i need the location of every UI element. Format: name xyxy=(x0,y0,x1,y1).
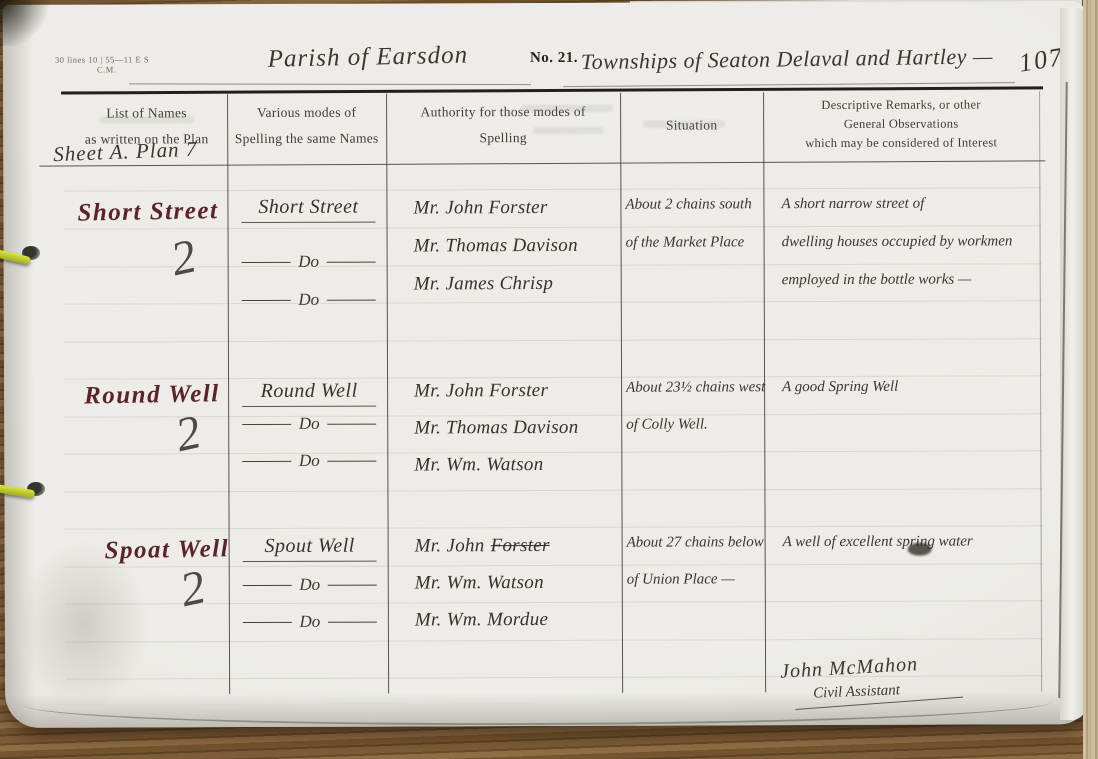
heading-line: as written on the Plan xyxy=(66,126,227,153)
ledger-ruling-line xyxy=(65,600,1043,604)
ditto-row: Do xyxy=(242,252,376,272)
entry-flourish-mark: 2 xyxy=(166,228,201,287)
plate-note-line1: 30 lines 10 | 55—11 E S xyxy=(55,54,149,64)
column-heading-names: List of Names as written on the Plan xyxy=(66,100,227,153)
townships-handwriting: Townships of Seaton Delaval and Hartley … xyxy=(581,43,1021,75)
ditto-text: Do xyxy=(291,451,328,471)
ditto-text: Do xyxy=(291,612,328,632)
plan-name-handwriting: Round Well xyxy=(84,380,220,410)
printer-plate-note: 30 lines 10 | 55—11 E S C.M. xyxy=(55,54,149,74)
ditto-dash xyxy=(243,621,292,622)
page-number-handwriting: 107 xyxy=(1017,42,1066,79)
photographed-register-page: 30 lines 10 | 55—11 E S C.M. Parish of E… xyxy=(0,0,1098,759)
authority-handwriting-struck: Mr. JohnForster xyxy=(415,535,625,558)
entry-flourish-mark: 2 xyxy=(175,559,210,618)
column-heading-spelling-modes: Various modes of Spelling the same Names xyxy=(227,100,386,153)
authority-handwriting: Mr. John Forster xyxy=(414,380,624,403)
ledger-ruling-line xyxy=(64,300,1042,304)
ditto-text: Do xyxy=(291,575,328,595)
bleed-through-mark xyxy=(99,116,195,123)
table-top-rule xyxy=(61,86,1043,94)
ledger-ruling-line xyxy=(64,225,1042,229)
remarks-handwriting: A short narrow street of xyxy=(781,195,1043,213)
spelling-handwriting: Round Well xyxy=(242,380,376,407)
authority-handwriting: Mr. Wm. Watson xyxy=(414,454,624,477)
ditto-dash xyxy=(327,261,376,262)
heading-line: which may be considered of Interest xyxy=(763,133,1039,153)
ditto-dash xyxy=(243,584,292,585)
bleed-through-mark xyxy=(533,127,603,134)
authority-prefix: Mr. John xyxy=(415,535,485,556)
spelling-handwriting: Spout Well xyxy=(243,535,377,562)
bleed-through-mark xyxy=(521,105,613,112)
ink-blot xyxy=(908,543,932,556)
remarks-handwriting: dwelling houses occupied by workmen xyxy=(782,233,1044,251)
heading-line: Descriptive Remarks, or other xyxy=(763,95,1039,115)
situation-handwriting: About 23½ chains west xyxy=(626,379,781,397)
ledger-ruling-line xyxy=(65,563,1043,567)
ditto-dash xyxy=(328,584,377,585)
authority-struck-surname: Forster xyxy=(491,535,550,556)
heading-line: Spelling the same Names xyxy=(227,126,386,153)
ditto-dash xyxy=(328,460,377,461)
plate-note-line2: C.M. xyxy=(97,64,149,74)
wood-table-right-strip xyxy=(1083,0,1098,759)
situation-handwriting: of the Market Place xyxy=(626,234,781,252)
authority-handwriting: Mr. John Forster xyxy=(413,197,623,220)
situation-handwriting: of Colly Well. xyxy=(626,416,781,434)
ditto-dash xyxy=(327,299,376,300)
page-bottom-shading xyxy=(5,691,1087,728)
spelling-handwriting: Short Street xyxy=(241,196,375,223)
authority-handwriting: Mr. Wm. Watson xyxy=(415,572,625,595)
ditto-row: Do xyxy=(242,414,376,434)
entry-flourish-mark: 2 xyxy=(171,404,206,463)
ditto-row: Do xyxy=(242,290,376,310)
parish-handwriting: Parish of Earsdon xyxy=(183,40,554,76)
plan-name-handwriting: Short Street xyxy=(77,197,218,227)
ledger-ruling-line xyxy=(64,338,1042,342)
parish-baseline-rule xyxy=(129,83,531,85)
authority-handwriting: Mr. Wm. Mordue xyxy=(415,609,625,632)
ditto-dash xyxy=(242,423,291,424)
ditto-dash xyxy=(242,460,291,461)
ditto-text: Do xyxy=(291,414,328,434)
authority-handwriting: Mr. Thomas Davison xyxy=(414,235,624,258)
ditto-dash xyxy=(328,621,377,622)
ditto-row: Do xyxy=(243,612,377,632)
heading-line: Various modes of xyxy=(227,100,386,127)
bleed-through-mark xyxy=(643,120,725,127)
ditto-row: Do xyxy=(242,451,376,471)
ditto-dash xyxy=(328,423,377,424)
remarks-handwriting: employed in the bottle works — xyxy=(782,271,1044,289)
top-left-corner-shadow xyxy=(0,0,52,46)
authority-handwriting: Mr. Thomas Davison xyxy=(414,417,624,440)
ledger-ruling-line xyxy=(64,488,1042,492)
ledger-ruling-line xyxy=(65,638,1043,642)
situation-handwriting: About 27 chains below xyxy=(627,534,782,552)
authority-handwriting: Mr. James Chrisp xyxy=(414,273,624,296)
ditto-dash xyxy=(242,261,291,262)
column-heading-remarks: Descriptive Remarks, or other General Ob… xyxy=(763,95,1039,153)
ditto-row: Do xyxy=(243,575,377,595)
sheet-number-label: No. 21. xyxy=(530,50,578,67)
ditto-text: Do xyxy=(290,252,327,272)
ledger-ruling-line xyxy=(65,525,1043,529)
ditto-dash xyxy=(242,299,291,300)
ledger-ruling-line xyxy=(63,187,1041,191)
surveyor-signature: John McMahon xyxy=(780,653,919,684)
remarks-handwriting: A good Spring Well xyxy=(782,378,1044,396)
register-sheet: 30 lines 10 | 55—11 E S C.M. Parish of E… xyxy=(3,1,1088,728)
heading-line: Authority for those modes of xyxy=(386,99,620,126)
situation-handwriting: About 2 chains south xyxy=(625,196,780,214)
heading-line: General Observations xyxy=(763,114,1039,134)
situation-handwriting: of Union Place — xyxy=(627,571,782,589)
ledger-ruling-line xyxy=(64,263,1042,267)
ditto-text: Do xyxy=(290,290,327,310)
paper-smudge xyxy=(19,539,150,709)
